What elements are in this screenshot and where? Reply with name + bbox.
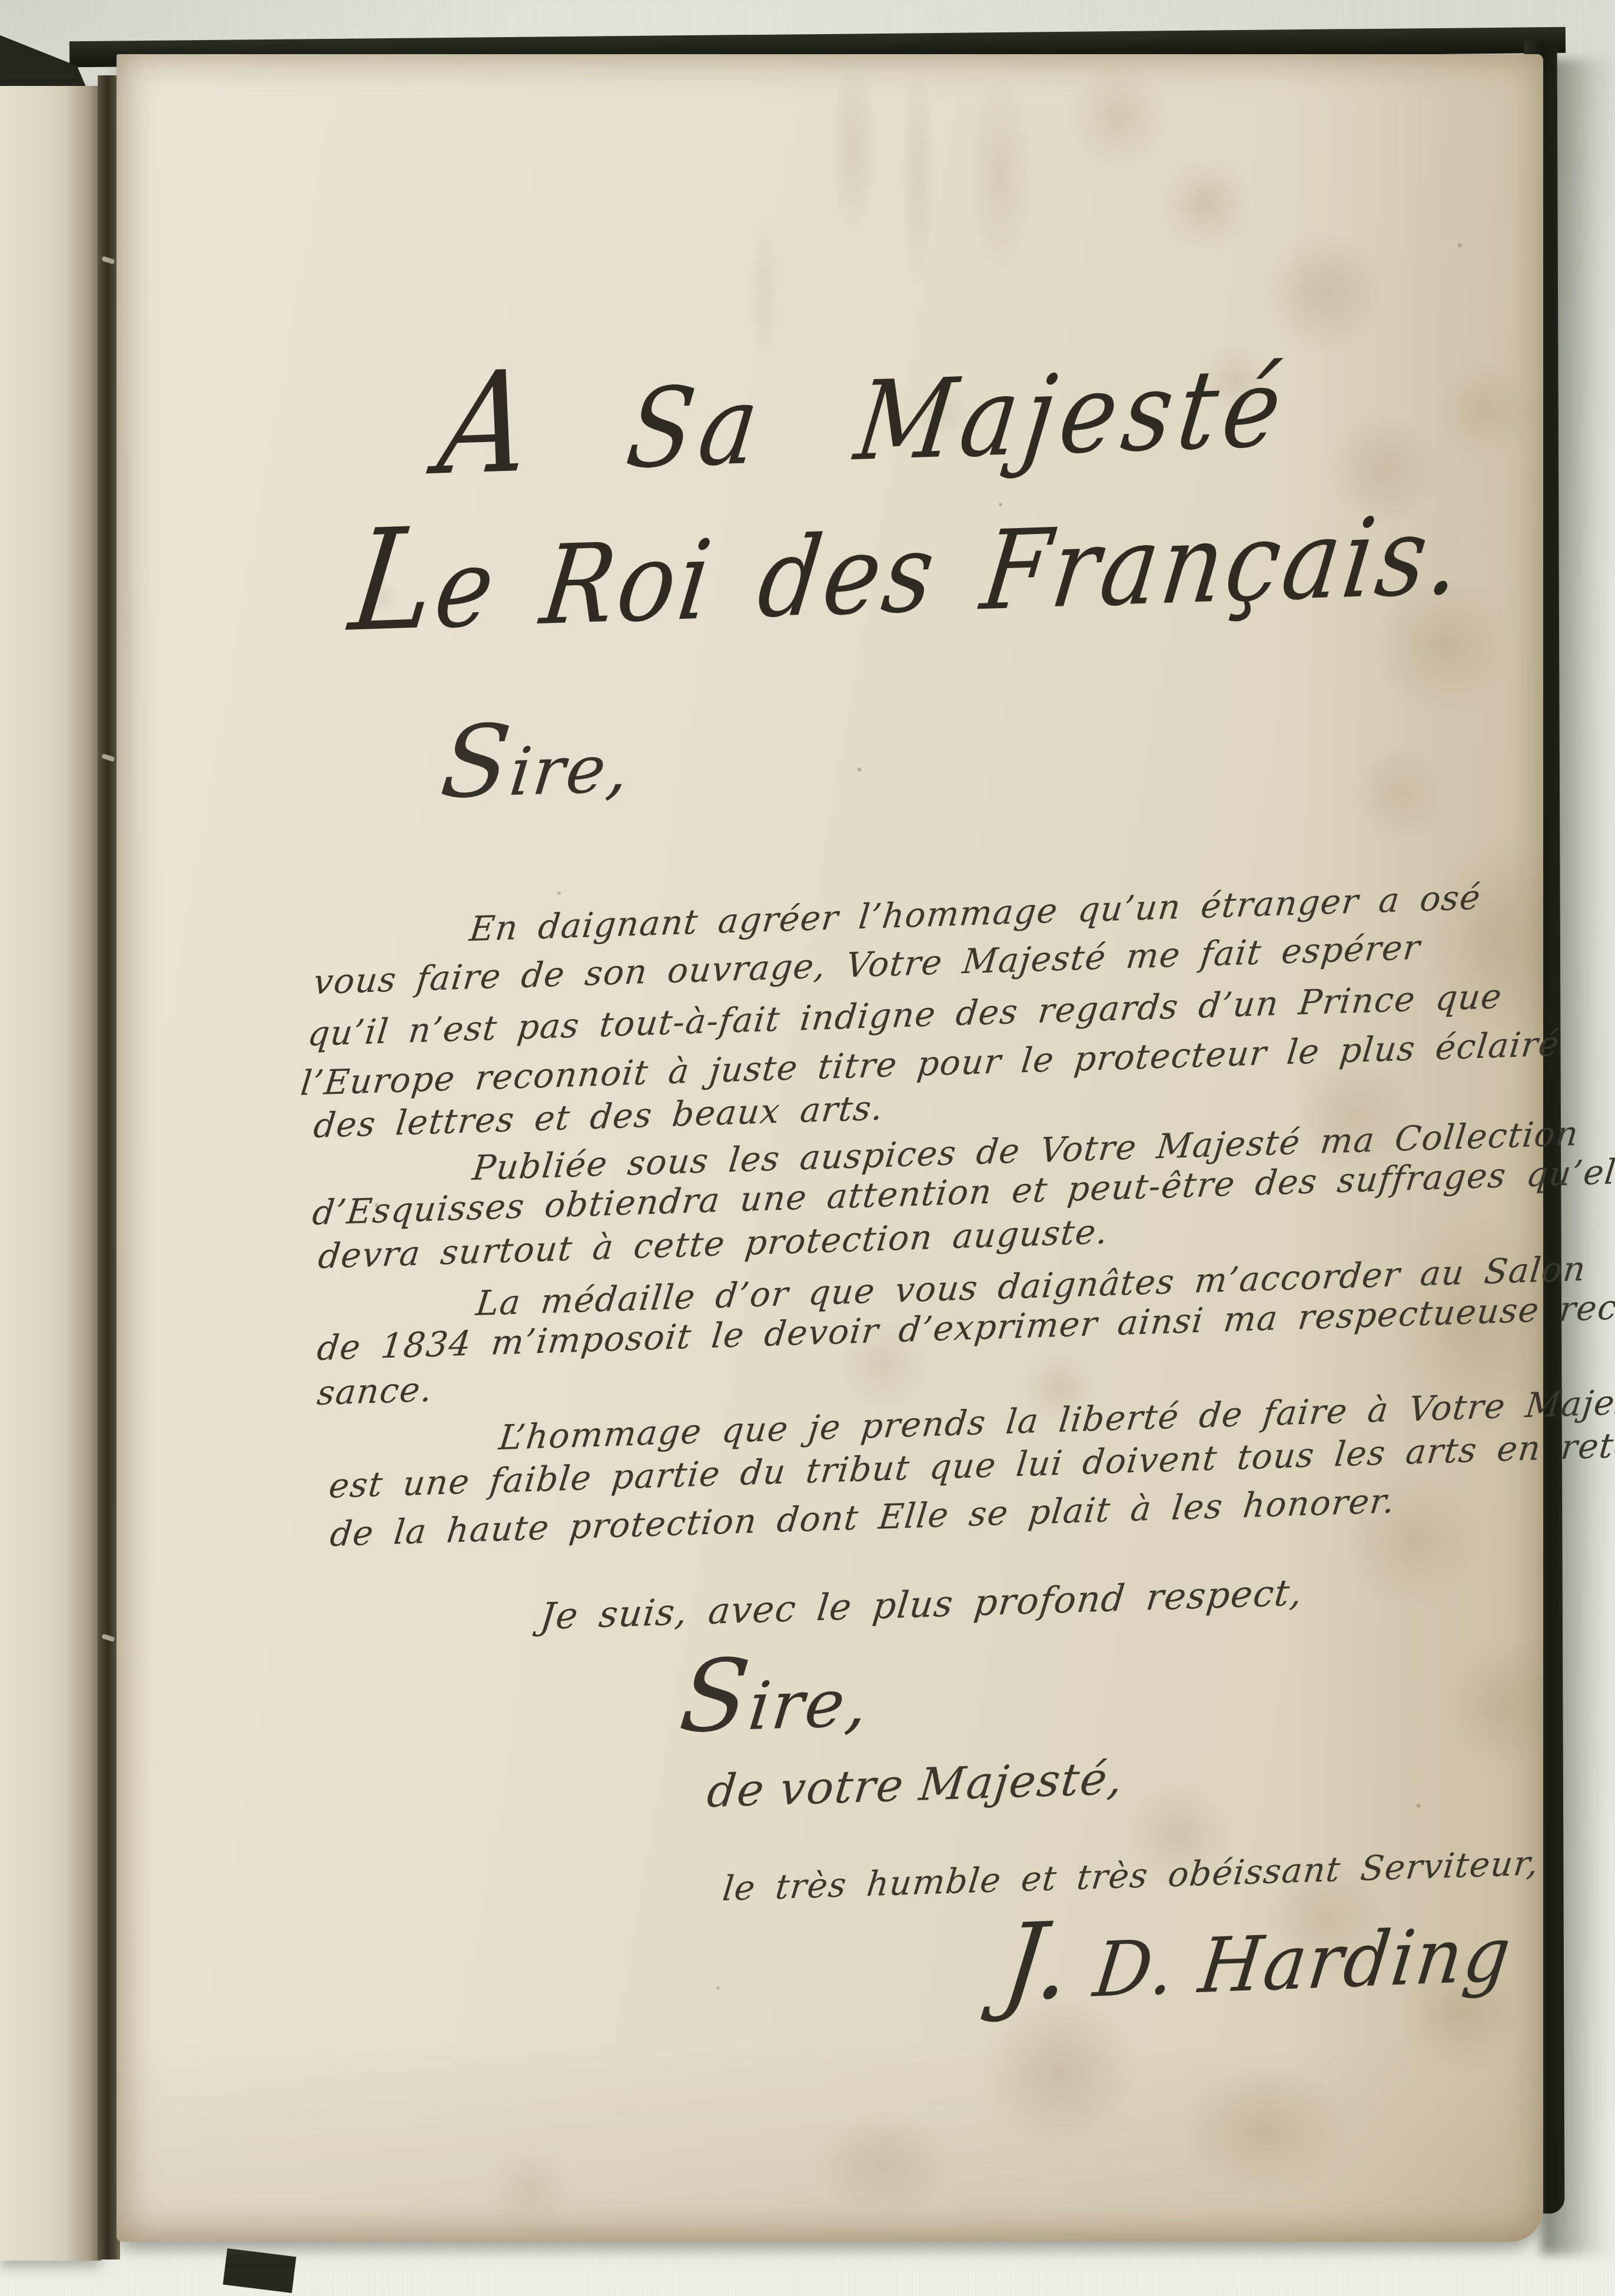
- heading-line-1: A Sa Majesté: [433, 327, 1297, 495]
- stitch-thread: [101, 754, 115, 762]
- signature: J. D. Harding: [998, 1892, 1519, 2017]
- body-line: sance.: [315, 1372, 434, 1410]
- book-page: A Sa Majesté Le Roi des Français. Sire, …: [117, 54, 1543, 2242]
- book-cover-bottom-wedge: [223, 2248, 297, 2293]
- salutation: Sire,: [437, 707, 637, 812]
- facing-page-edge: [0, 86, 101, 2261]
- closing-respect-line: Je suis, avec le plus profond respect,: [539, 1574, 1305, 1635]
- stitch-thread: [101, 256, 115, 264]
- closing-majesty-line: de votre Majesté,: [705, 1756, 1126, 1814]
- closing-sire: Sire,: [676, 1641, 876, 1747]
- stitch-thread: [101, 1634, 115, 1642]
